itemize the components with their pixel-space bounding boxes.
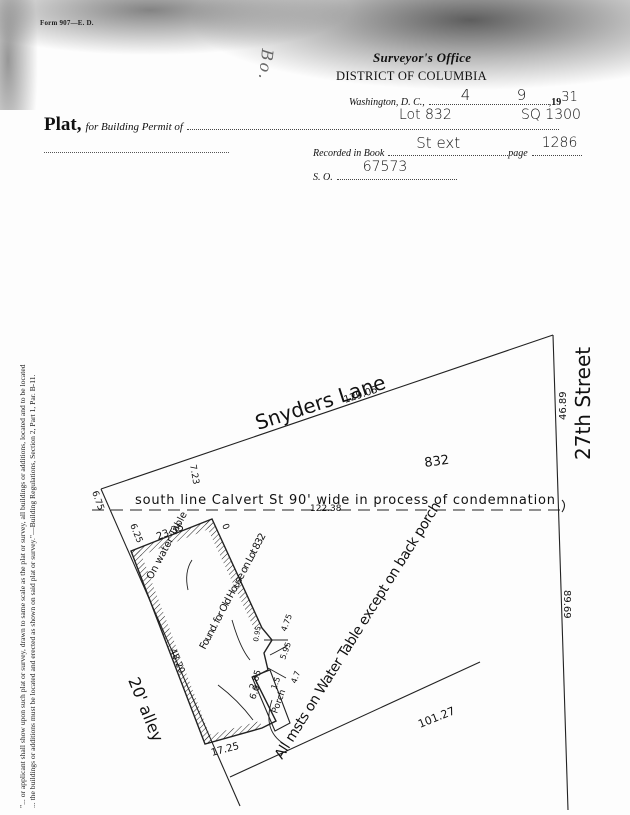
east-dimension-lower: 89.69 — [561, 590, 572, 619]
house-left-offset: 6.25 — [127, 522, 144, 544]
bay-dim-6: 1.5 — [269, 676, 282, 691]
bay-dim-5: 4.7 — [289, 670, 302, 685]
plat-drawing: Snyders Lane 129.05 832 27th Street 46.8… — [0, 0, 630, 815]
bay-dim-2: 0.95 — [252, 626, 263, 643]
house-right-offset: 0 — [219, 522, 231, 531]
calvert-dimension: 122.38 — [310, 504, 342, 514]
alley-label: 20' alley — [124, 674, 167, 744]
bay-dim-3: 4.75 — [279, 613, 294, 633]
street-north-label: Snyders Lane — [252, 370, 388, 435]
bay-dim-4: 5.95 — [278, 641, 293, 661]
house-upper-dim: 7.23 — [187, 464, 200, 485]
street-east-label: 27th Street — [571, 347, 595, 460]
lot-number: 832 — [423, 453, 450, 471]
house-left-length: 48.20 — [167, 647, 186, 675]
calvert-line-label: south line Calvert St 90' wide in proces… — [135, 493, 555, 508]
south-dimension: 101.27 — [416, 704, 457, 730]
house-bottom-width: 17.25 — [210, 741, 241, 759]
east-dimension-upper: 46.89 — [558, 391, 569, 420]
